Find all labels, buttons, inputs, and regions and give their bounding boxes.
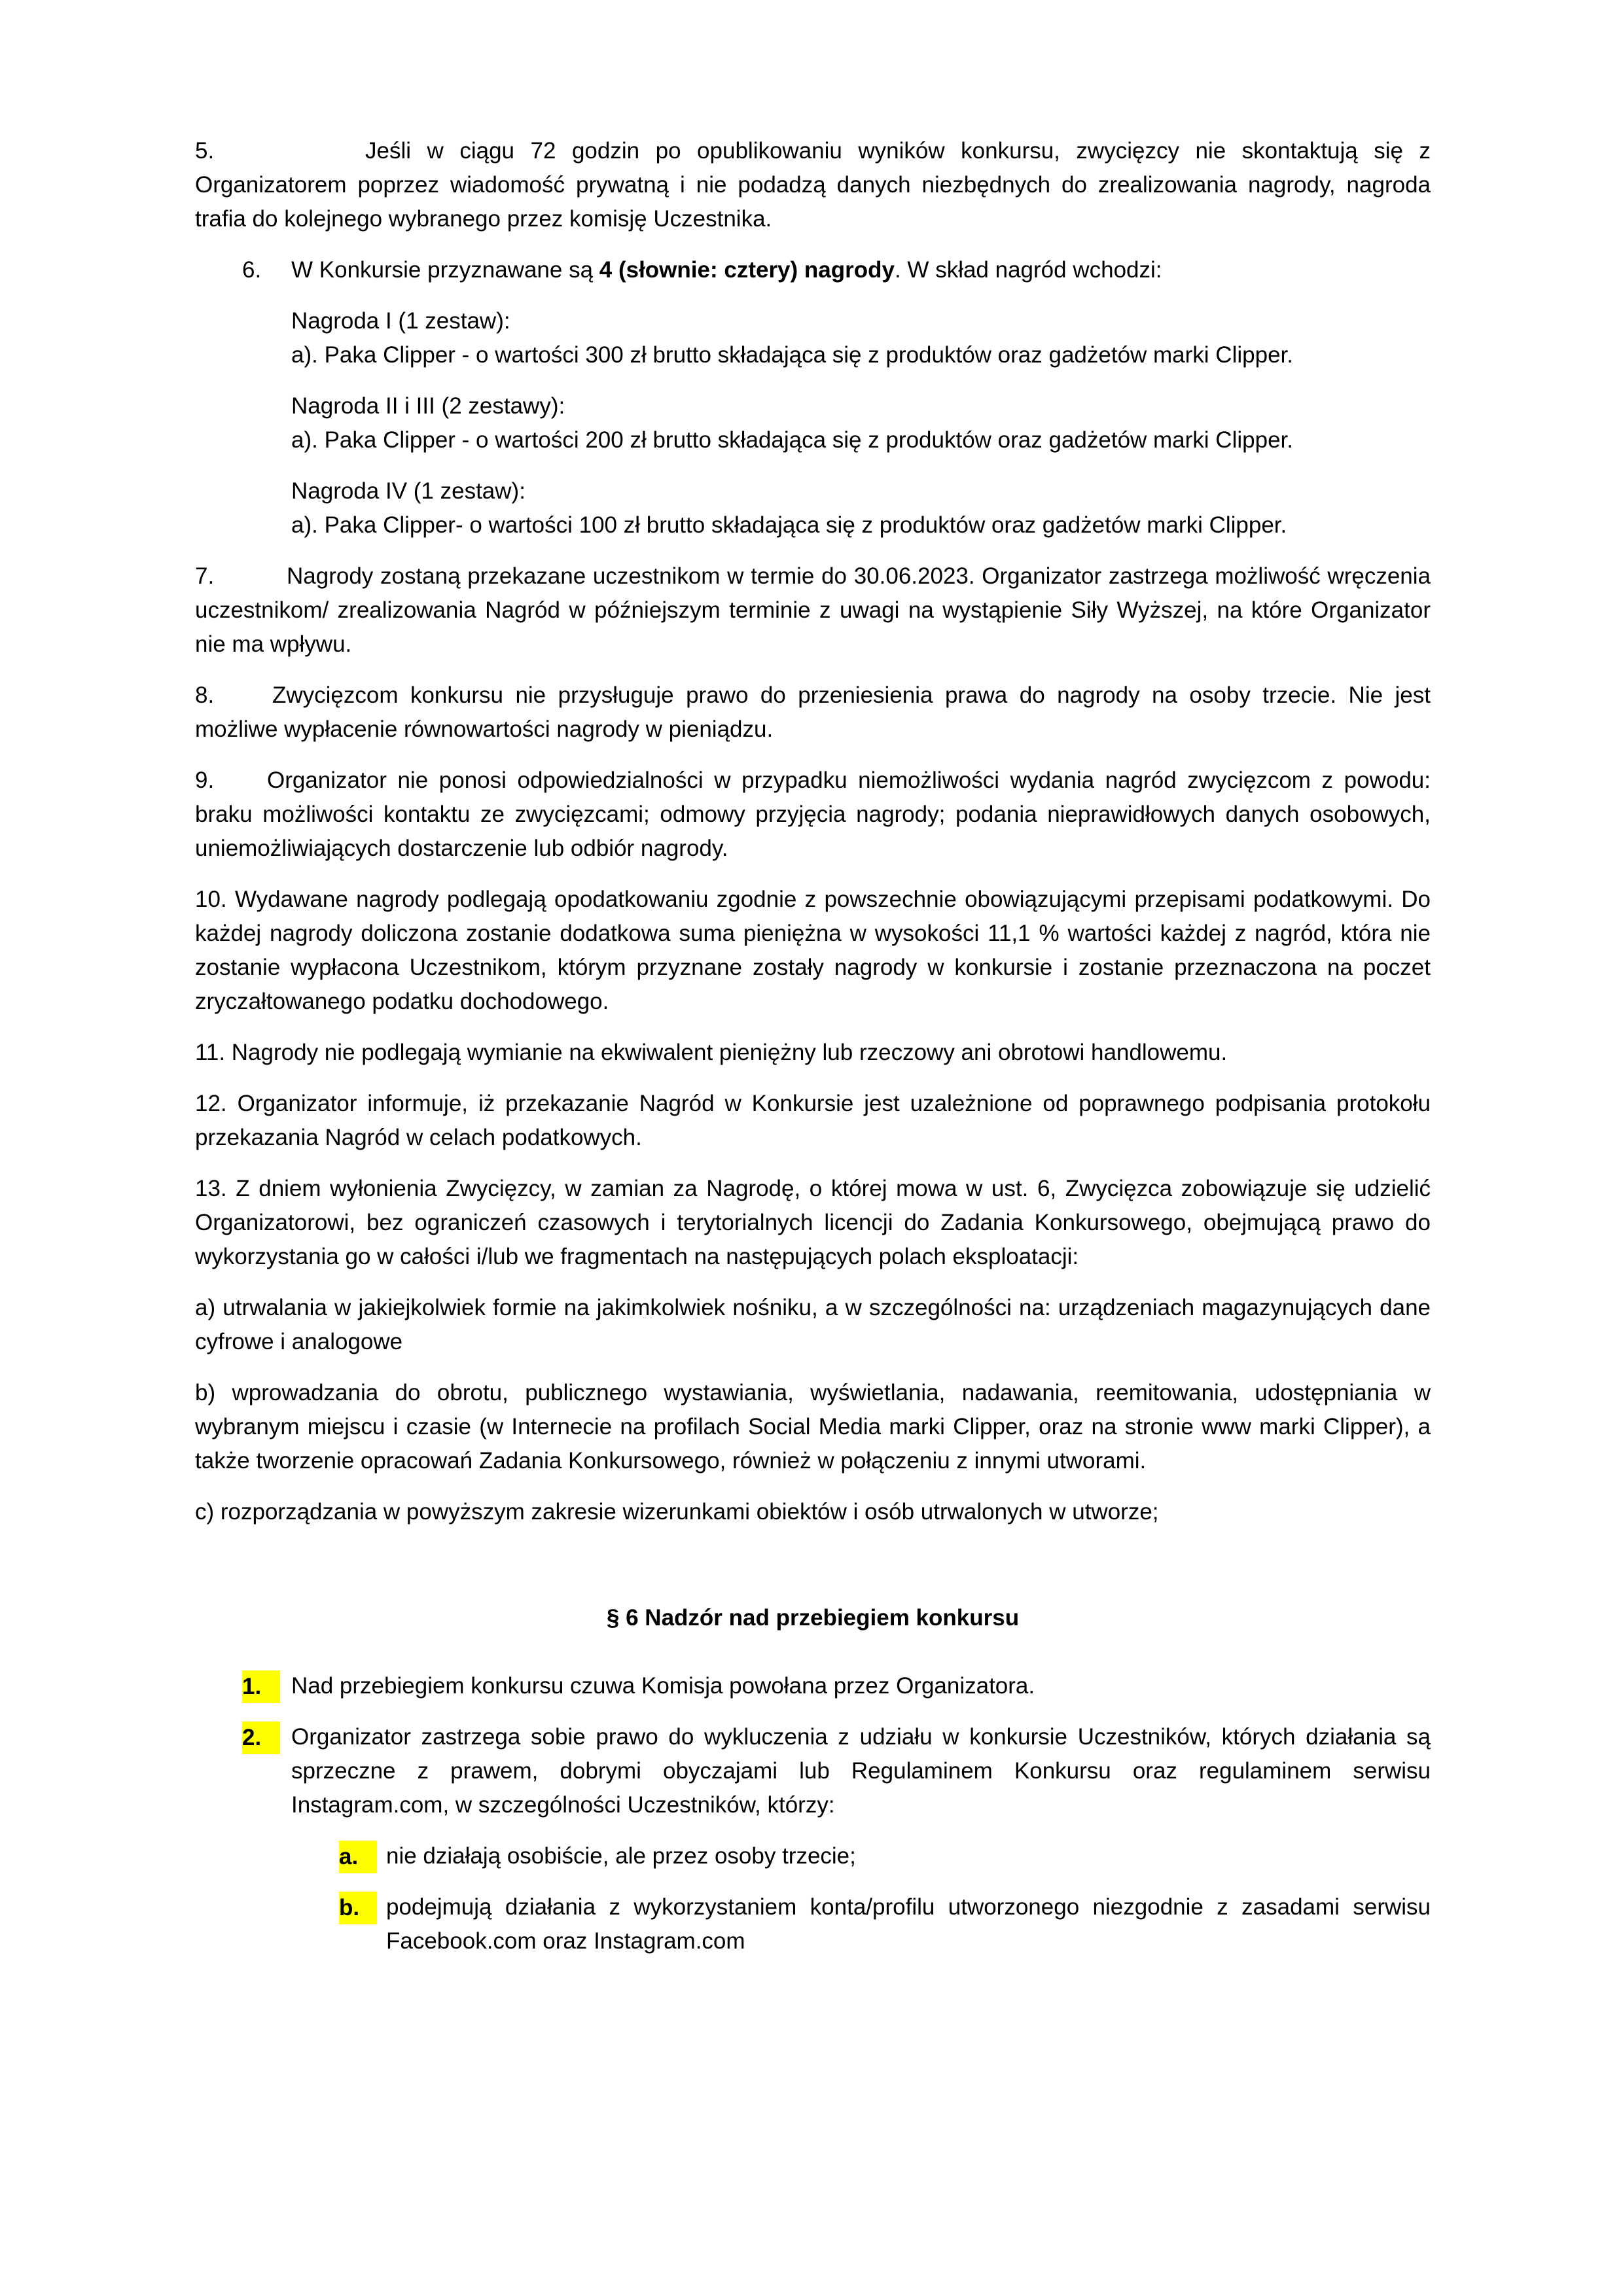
clause-5: 5.Jeśli w ciągu 72 godzin po opublikowan… bbox=[195, 134, 1431, 236]
clause-11: 11. Nagrody nie podlegają wymianie na ek… bbox=[195, 1036, 1431, 1070]
subitem-text: podejmują działania z wykorzystaniem kon… bbox=[386, 1894, 1431, 1954]
clause-number: 9. bbox=[195, 764, 267, 798]
exploitation-field-b: b) wprowadzania do obrotu, publicznego w… bbox=[195, 1376, 1431, 1478]
clause-8: 8.Zwycięzcom konkursu nie przysługuje pr… bbox=[195, 679, 1431, 747]
section6-subitem-b: b. podejmują działania z wykorzystaniem … bbox=[195, 1890, 1431, 1958]
highlighted-letter: b. bbox=[339, 1892, 377, 1924]
clause-text: Organizator nie ponosi odpowiedzialności… bbox=[195, 768, 1431, 861]
document-page: 5.Jeśli w ciągu 72 godzin po opublikowan… bbox=[195, 134, 1431, 1975]
prize-title: Nagroda IV (1 zestaw): bbox=[291, 474, 1431, 508]
clause-7: 7.Nagrody zostaną przekazane uczestnikom… bbox=[195, 559, 1431, 662]
subitem-text: nie działają osobiście, ale przez osoby … bbox=[386, 1843, 856, 1869]
section6-subitem-a: a. nie działają osobiście, ale przez oso… bbox=[195, 1839, 1431, 1873]
prize-detail: a). Paka Clipper - o wartości 200 zł bru… bbox=[291, 423, 1431, 457]
exploitation-field-a: a) utrwalania w jakiejkolwiek formie na … bbox=[195, 1291, 1431, 1359]
clause-text: Jeśli w ciągu 72 godzin po opublikowaniu… bbox=[195, 138, 1431, 232]
clause-13: 13. Z dniem wyłonienia Zwycięzcy, w zami… bbox=[195, 1172, 1431, 1274]
prize-title: Nagroda I (1 zestaw): bbox=[291, 304, 1431, 338]
prize-3: Nagroda IV (1 zestaw): a). Paka Clipper-… bbox=[291, 474, 1431, 542]
highlighted-letter: a. bbox=[339, 1841, 377, 1873]
item-text: Organizator zastrzega sobie prawo do wyk… bbox=[291, 1724, 1431, 1818]
clause-text: Zwycięzcom konkursu nie przysługuje praw… bbox=[195, 682, 1431, 742]
clause-9: 9.Organizator nie ponosi odpowiedzialnoś… bbox=[195, 764, 1431, 866]
prize-detail: a). Paka Clipper - o wartości 300 zł bru… bbox=[291, 338, 1431, 372]
section6-item-2: 2. Organizator zastrzega sobie prawo do … bbox=[195, 1720, 1431, 1822]
prize-count-bold: 4 (słownie: cztery) nagrody bbox=[599, 257, 895, 283]
exploitation-field-c: c) rozporządzania w powyższym zakresie w… bbox=[195, 1495, 1431, 1529]
prize-1: Nagroda I (1 zestaw): a). Paka Clipper -… bbox=[291, 304, 1431, 372]
clause-text: W Konkursie przyznawane są 4 (słownie: c… bbox=[291, 253, 1431, 287]
prize-title: Nagroda II i III (2 zestawy): bbox=[291, 389, 1431, 423]
clause-number: 8. bbox=[195, 679, 272, 713]
clause-number: 5. bbox=[195, 134, 365, 168]
clause-text: Nagrody zostaną przekazane uczestnikom w… bbox=[195, 563, 1431, 657]
section-heading: § 6 Nadzór nad przebiegiem konkursu bbox=[195, 1601, 1431, 1635]
highlighted-number: 1. bbox=[242, 1670, 280, 1703]
clause-number: 7. bbox=[195, 559, 287, 593]
prize-2: Nagroda II i III (2 zestawy): a). Paka C… bbox=[291, 389, 1431, 457]
section6-item-1: 1. Nad przebiegiem konkursu czuwa Komisj… bbox=[195, 1669, 1431, 1703]
clause-number: 6. bbox=[242, 253, 261, 287]
clause-6: 6. W Konkursie przyznawane są 4 (słownie… bbox=[195, 253, 1431, 542]
prize-detail: a). Paka Clipper- o wartości 100 zł brut… bbox=[291, 508, 1431, 542]
clause-12: 12. Organizator informuje, iż przekazani… bbox=[195, 1087, 1431, 1155]
highlighted-number: 2. bbox=[242, 1722, 280, 1754]
clause-10: 10. Wydawane nagrody podlegają opodatkow… bbox=[195, 883, 1431, 1019]
item-text: Nad przebiegiem konkursu czuwa Komisja p… bbox=[291, 1673, 1035, 1699]
